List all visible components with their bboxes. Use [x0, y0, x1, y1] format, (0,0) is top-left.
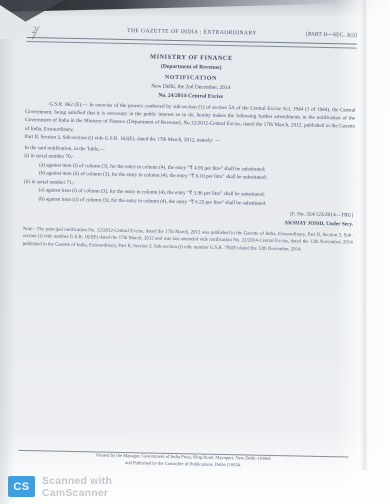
camscanner-watermark: CS Scanned with CamScanner: [8, 475, 112, 499]
note-paragraph: Note.- The principal notification No. 12…: [23, 226, 353, 256]
gazette-title: THE GAZETTE OF INDIA : EXTRAORDINARY: [127, 28, 257, 37]
paper-crease: [360, 0, 368, 470]
page-footer: Printed by the Manager, Government of In…: [18, 450, 348, 471]
scanned-document-photo: 2 THE GAZETTE OF INDIA : EXTRAORDINARY […: [0, 0, 390, 504]
opening-paragraph-text: G.S.R. 862 (E).— In exercise of the powe…: [25, 101, 356, 133]
watermark-text: Scanned with CamScanner: [42, 475, 112, 499]
camscanner-logo-icon: CS: [8, 476, 35, 497]
watermark-line1: Scanned with: [42, 475, 112, 487]
document-content: THE GAZETTE OF INDIA : EXTRAORDINARY [PA…: [23, 26, 357, 256]
part-section-label: [PART II—SEC. 3(i)]: [306, 32, 357, 39]
watermark-line2: CamScanner: [42, 487, 112, 499]
